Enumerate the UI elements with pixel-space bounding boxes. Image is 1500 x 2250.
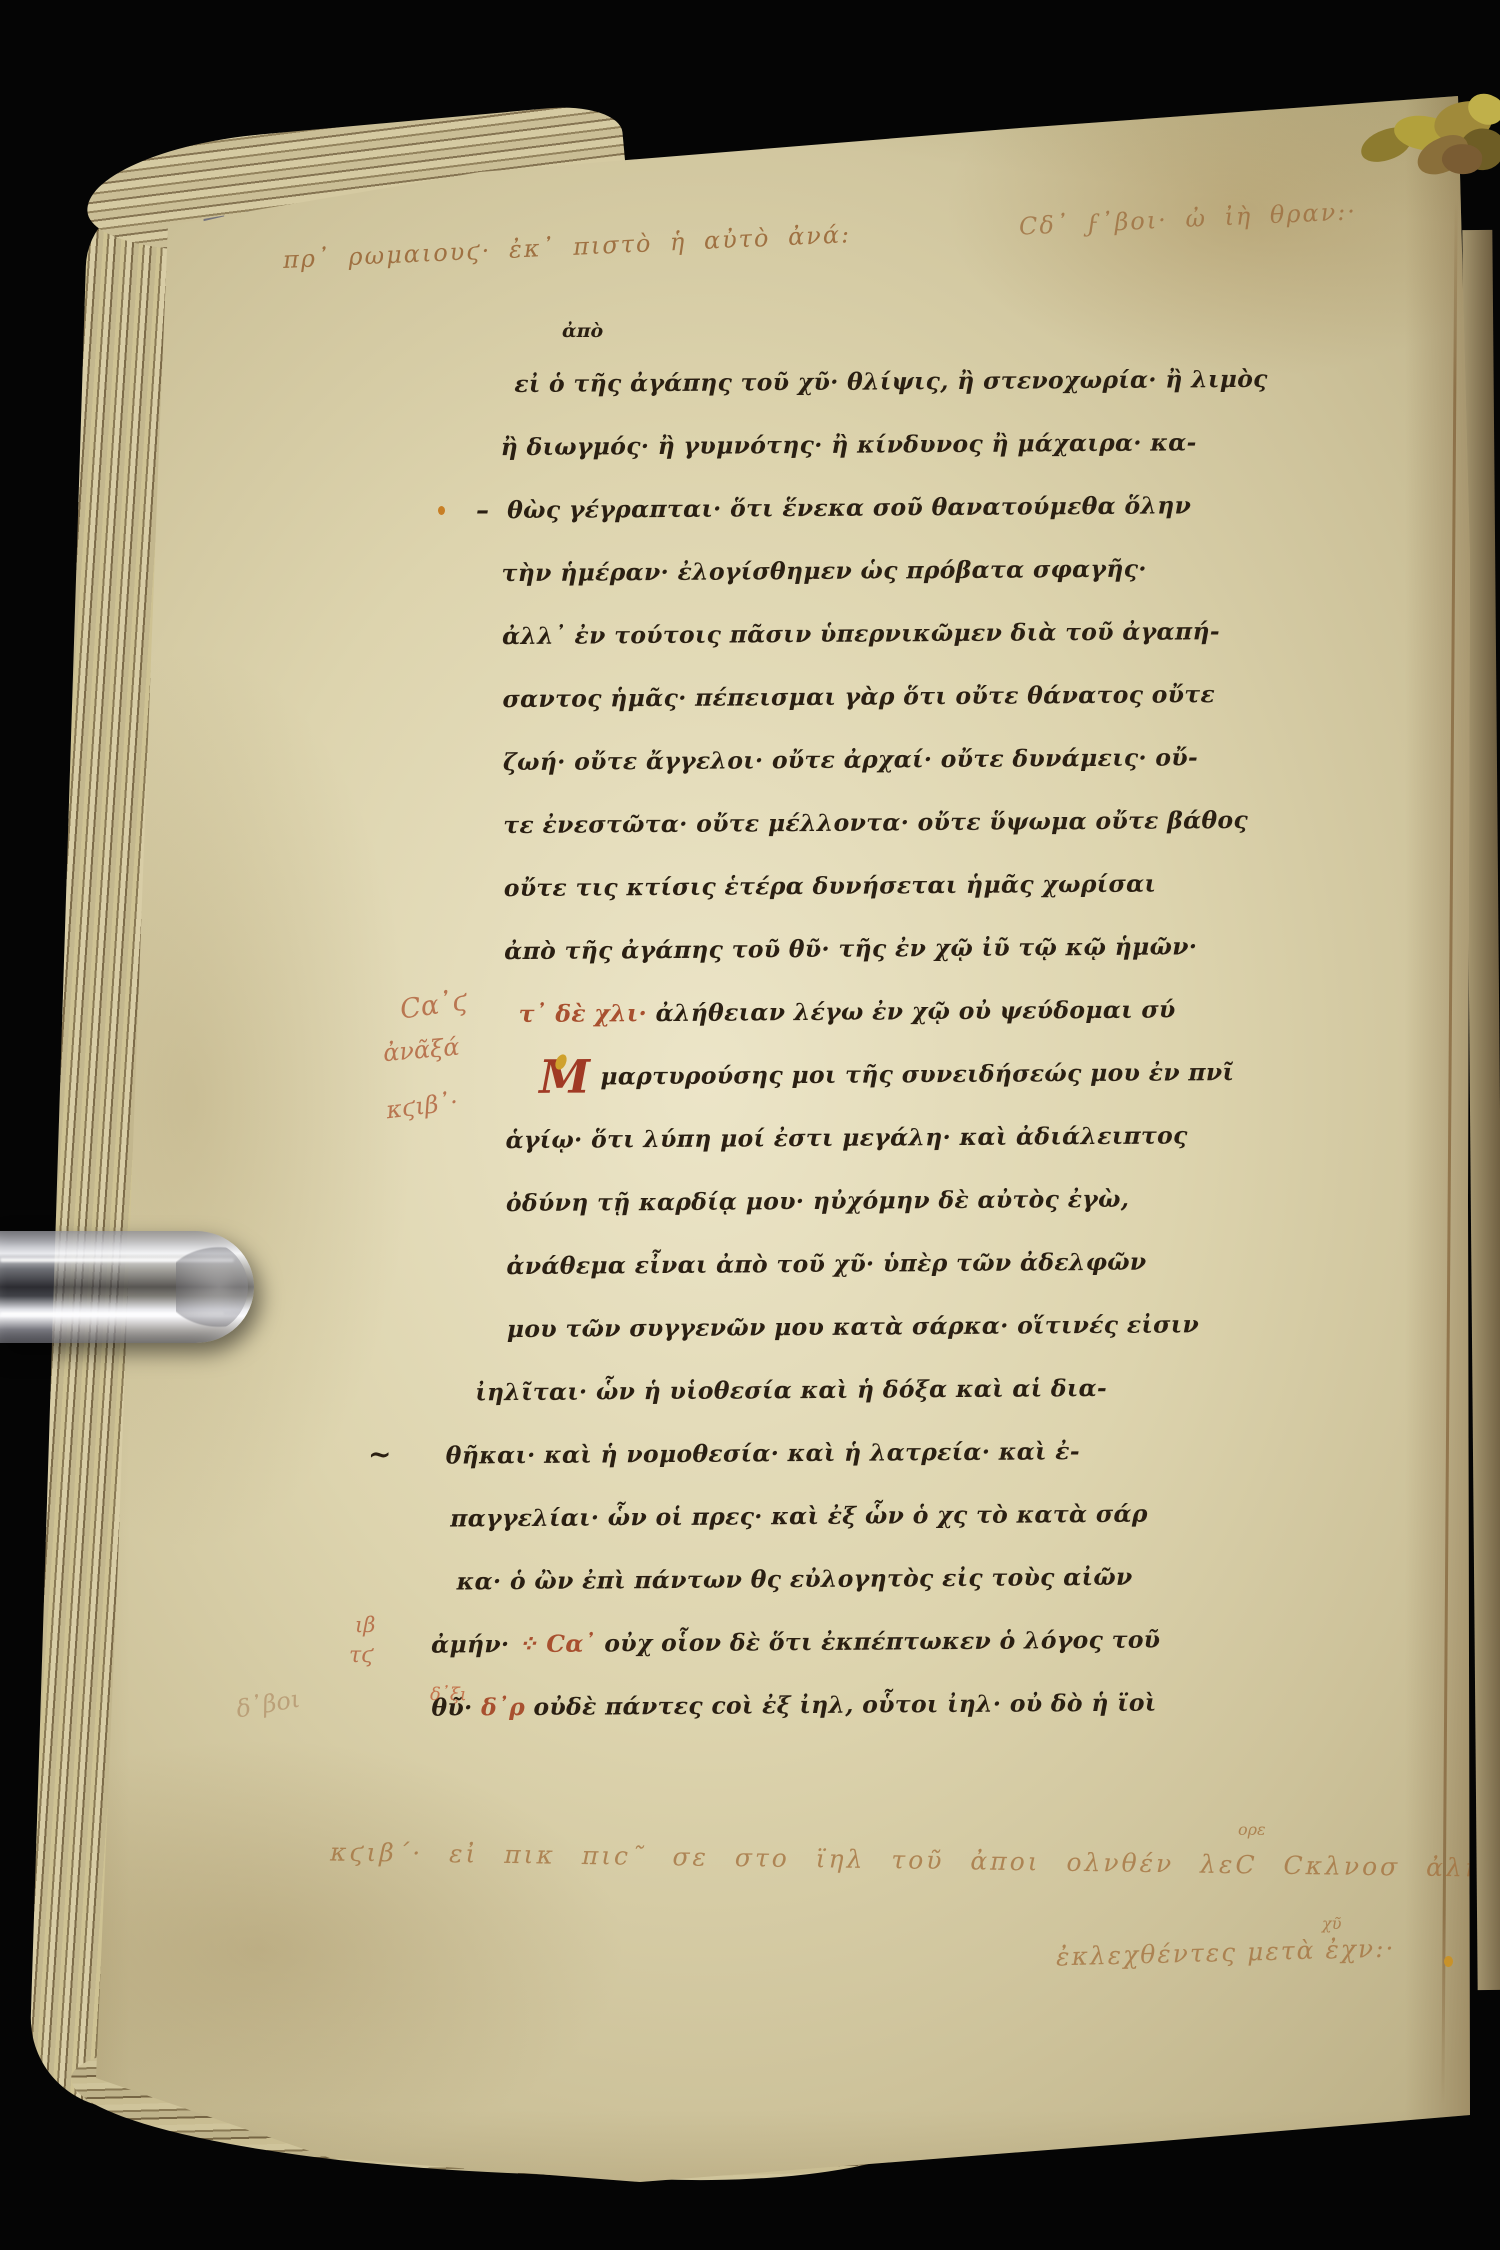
gutter-crease [1441, 200, 1457, 2105]
line-text: ἀπὸ τῆς ἀγάπης τοῦ θῦ· τῆς ἐν χῷ ἰῦ τῷ κ… [504, 932, 1197, 965]
footer-note-line-1: κϛιβ΄· εἰ πικ πιϲ῀ σε στο ϊηλ τοῦ ἀποι ο… [330, 1837, 1500, 1883]
wax-stain [438, 506, 445, 515]
line-text: τε ἐνεστῶτα· οὔτε μέλλοντα· οὔτε ὕψωμα ο… [503, 806, 1248, 839]
line-text: θὼς γέγραπται· ὅτι ἕνεκα σοῦ θανατούμεθα… [507, 491, 1191, 524]
line-text: σαντος ἡμᾶς· πέπεισμαι γὰρ ὅτι οὔτε θάνα… [502, 680, 1215, 713]
text-line: ἰηλῖται· ὧν ἡ υἱοθεσία καὶ ἡ δόξα καὶ αἱ… [475, 1374, 1117, 1441]
margin-section-note: ιβ [355, 1613, 375, 1637]
line-text: οὔτε τις κτίσις ἑτέρα δυνήσεται ἡμᾶς χωρ… [504, 870, 1156, 903]
margin-faded-note: δ᾽βοι [234, 1685, 302, 1724]
rubric-text: δ᾽ρ [481, 1693, 534, 1721]
text-line: οὔτε τις κτίσις ἑτέρα δυνήσεται ἡμᾶς χωρ… [504, 870, 1114, 937]
text-line: Μμαρτυρούσης μοι τῆς συνειδήσεώς μου ἐν … [505, 1059, 1115, 1126]
text-line: εἰ ὁ τῆς ἀγάπης τοῦ χῦ· θλίψις, ἢ στενοχ… [500, 366, 1110, 433]
text-line: τὴν ἡμέραν· ἐλογίσθημεν ὡς πρόβατα σφαγῆ… [501, 555, 1111, 622]
line-text: εἰ ὁ τῆς ἀγάπης τοῦ χῦ· θλίψις, ἢ στενοχ… [514, 365, 1268, 398]
text-line: μου τῶν συγγενῶν μου κατὰ σάρκα· οἵτινές… [507, 1311, 1117, 1378]
footer-note-superscript: χῦ [1322, 1914, 1341, 1933]
text-line: τ᾽ δὲ χλι· ἀλήθειαν λέγω ἐν χῷ οὐ ψεύδομ… [505, 996, 1115, 1063]
glass-highlight [0, 1258, 234, 1262]
rubric-text: ⁘ Ϲα᾽ [518, 1629, 605, 1658]
glass-page-weight-rod[interactable] [0, 1231, 254, 1343]
line-text: ἀλήθειαν λέγω ἐν χῷ οὐ ψεύδομαι σύ [655, 995, 1175, 1027]
line-text: ζωή· οὔτε ἄγγελοι· οὔτε ἀρχαί· οὔτε δυνά… [503, 743, 1198, 776]
line-text: ἢ διωγμός· ἢ γυμνότης· ἢ κίνδυνος ἢ μάχα… [501, 428, 1197, 461]
text-line: ὀδύνη τῇ καρδίᾳ μου· ηὐχόμην δὲ αὐτὸς ἐγ… [506, 1185, 1116, 1252]
margin-section-note: κϛιβ᾽· [385, 1088, 460, 1125]
line-text: κα· ὁ ὢν ἐπὶ πάντων θς εὐλογητὸς εἰς τοὺ… [457, 1563, 1133, 1596]
footer-note-superscript: ορε [1238, 1820, 1266, 1839]
line-text: παγγελίαι· ὧν οἱ πρες· καὶ ἐξ ὧν ὁ χς τὸ… [450, 1500, 1148, 1533]
text-line: κα· ὁ ὢν ἐπὶ πάντων θς εὐλογητὸς εἰς τοὺ… [457, 1563, 1119, 1631]
line-text: μαρτυρούσης μοι τῆς συνειδήσεώς μου ἐν π… [600, 1058, 1234, 1090]
line-text: ἰηλῖται· ὧν ἡ υἱοθεσία καὶ ἡ δόξα καὶ αἱ… [475, 1374, 1107, 1406]
text-line: ἀπὸ τῆς ἀγάπης τοῦ θῦ· τῆς ἐν χῷ ἰῦ τῷ κ… [504, 933, 1114, 1000]
text-line: θὼς γέγραπται· ὅτι ἕνεκα σοῦ θανατούμεθα… [501, 492, 1111, 559]
text-line: παγγελίαι· ὧν οἱ πρες· καὶ ἐξ ὧν ὁ χς τὸ… [450, 1500, 1118, 1568]
text-line: τε ἐνεστῶτα· οὔτε μέλλοντα· οὔτε ὕψωμα ο… [503, 807, 1113, 874]
line-text: οὐχ οἷον δὲ ὅτι ἐκπέπτωκεν ὁ λόγος τοῦ [604, 1626, 1160, 1658]
margin-section-note: ἀνᾶξά [382, 1033, 461, 1068]
line-text: ἀμήν· [431, 1630, 518, 1659]
wax-stain [1444, 1956, 1453, 1967]
text-line: θῆκαι· καὶ ἡ νομοθεσία· καὶ ἡ λατρεία· κ… [446, 1437, 1118, 1505]
text-line: σαντος ἡμᾶς· πέπεισμαι γὰρ ὅτι οὔτε θάνα… [502, 681, 1112, 748]
line-text: ἀλλ᾽ ἐν τούτοις πᾶσιν ὑπερνικῶμεν διὰ το… [502, 617, 1220, 650]
text-line: ἀνάθεμα εἶναι ἀπὸ τοῦ χῦ· ὑπὲρ τῶν ἀδελφ… [506, 1248, 1116, 1315]
margin-tilde-mark: ~ [368, 1438, 391, 1471]
text-line: ἁγίῳ· ὅτι λύπη μοί ἐστι μεγάλη· καὶ ἀδιά… [505, 1122, 1115, 1189]
text-block: εἰ ὁ τῆς ἀγάπης τοῦ χῦ· θλίψις, ἢ στενοχ… [500, 366, 1120, 1756]
margin-dash-mark: – [476, 496, 489, 526]
interlinear-correction: ἀπὸ [562, 320, 603, 342]
text-line: ζωή· οὔτε ἄγγελοι· οὔτε ἀρχαί· οὔτε δυνά… [503, 744, 1113, 811]
line-text: ἀνάθεμα εἶναι ἀπὸ τοῦ χῦ· ὑπὲρ τῶν ἀδελφ… [506, 1248, 1146, 1280]
text-line: θῦ· δ᾽ρ οὐδὲ πάντες ϲοὶ ἐξ ἰηλ, οὗτοι ἰη… [431, 1689, 1119, 1757]
rubric-text: τ᾽ δὲ χλι· [519, 999, 656, 1028]
interlinear-red-note: δ᾽ξι [430, 1684, 467, 1705]
line-text: ἁγίῳ· ὅτι λύπη μοί ἐστι μεγάλη· καὶ ἀδιά… [505, 1121, 1187, 1154]
running-header-left: πρ᾽ ρωμαιουϛ· ἐκ᾽ πιστὸ ἡ αὐτὸ ἀνά: [282, 220, 851, 274]
line-text: μου τῶν συγγενῶν μου κατὰ σάρκα· οἵτινές… [507, 1310, 1199, 1343]
glass-highlight [0, 1312, 224, 1316]
line-text: θῆκαι· καὶ ἡ νομοθεσία· καὶ ἡ λατρεία· κ… [446, 1437, 1080, 1469]
headband-tassel [1356, 72, 1500, 194]
margin-section-note: τϛ [349, 1643, 374, 1668]
line-text: οὐδὲ πάντες ϲοὶ ἐξ ἰηλ, οὗτοι ἰηλ· οὐ δὸ… [533, 1689, 1156, 1721]
running-header: πρ᾽ ρωμαιουϛ· ἐκ᾽ πιστὸ ἡ αὐτὸ ἀνά: Ϲδ᾽ … [282, 197, 1357, 274]
line-text: τὴν ἡμέραν· ἐλογίσθημεν ὡς πρόβατα σφαγῆ… [501, 555, 1146, 588]
text-line: ἀμήν· ⁘ Ϲα᾽ οὐχ οἷον δὲ ὅτι ἐκπέπτωκεν ὁ… [431, 1626, 1119, 1694]
line-text: ὀδύνη τῇ καρδίᾳ μου· ηὐχόμην δὲ αὐτὸς ἐγ… [506, 1185, 1129, 1217]
text-line: ἀλλ᾽ ἐν τούτοις πᾶσιν ὑπερνικῶμεν διὰ το… [502, 618, 1112, 685]
text-line: ἢ διωγμός· ἢ γυμνότης· ἢ κίνδυνος ἢ μάχα… [501, 429, 1111, 496]
manuscript-page: 186 πρ᾽ ρωμαιουϛ· ἐκ᾽ πιστὸ ἡ αὐτὸ ἀνά: … [0, 0, 1500, 2250]
footer-note-line-2: ἐκλεχθέντες μετὰ ἐχν:· [1056, 1934, 1396, 1972]
running-header-right: Ϲδ᾽ ϝ᾽βοι· ὠ ἰὴ θραν:· [1018, 197, 1357, 240]
margin-section-note: Ϲα᾽ϛ [398, 985, 469, 1025]
